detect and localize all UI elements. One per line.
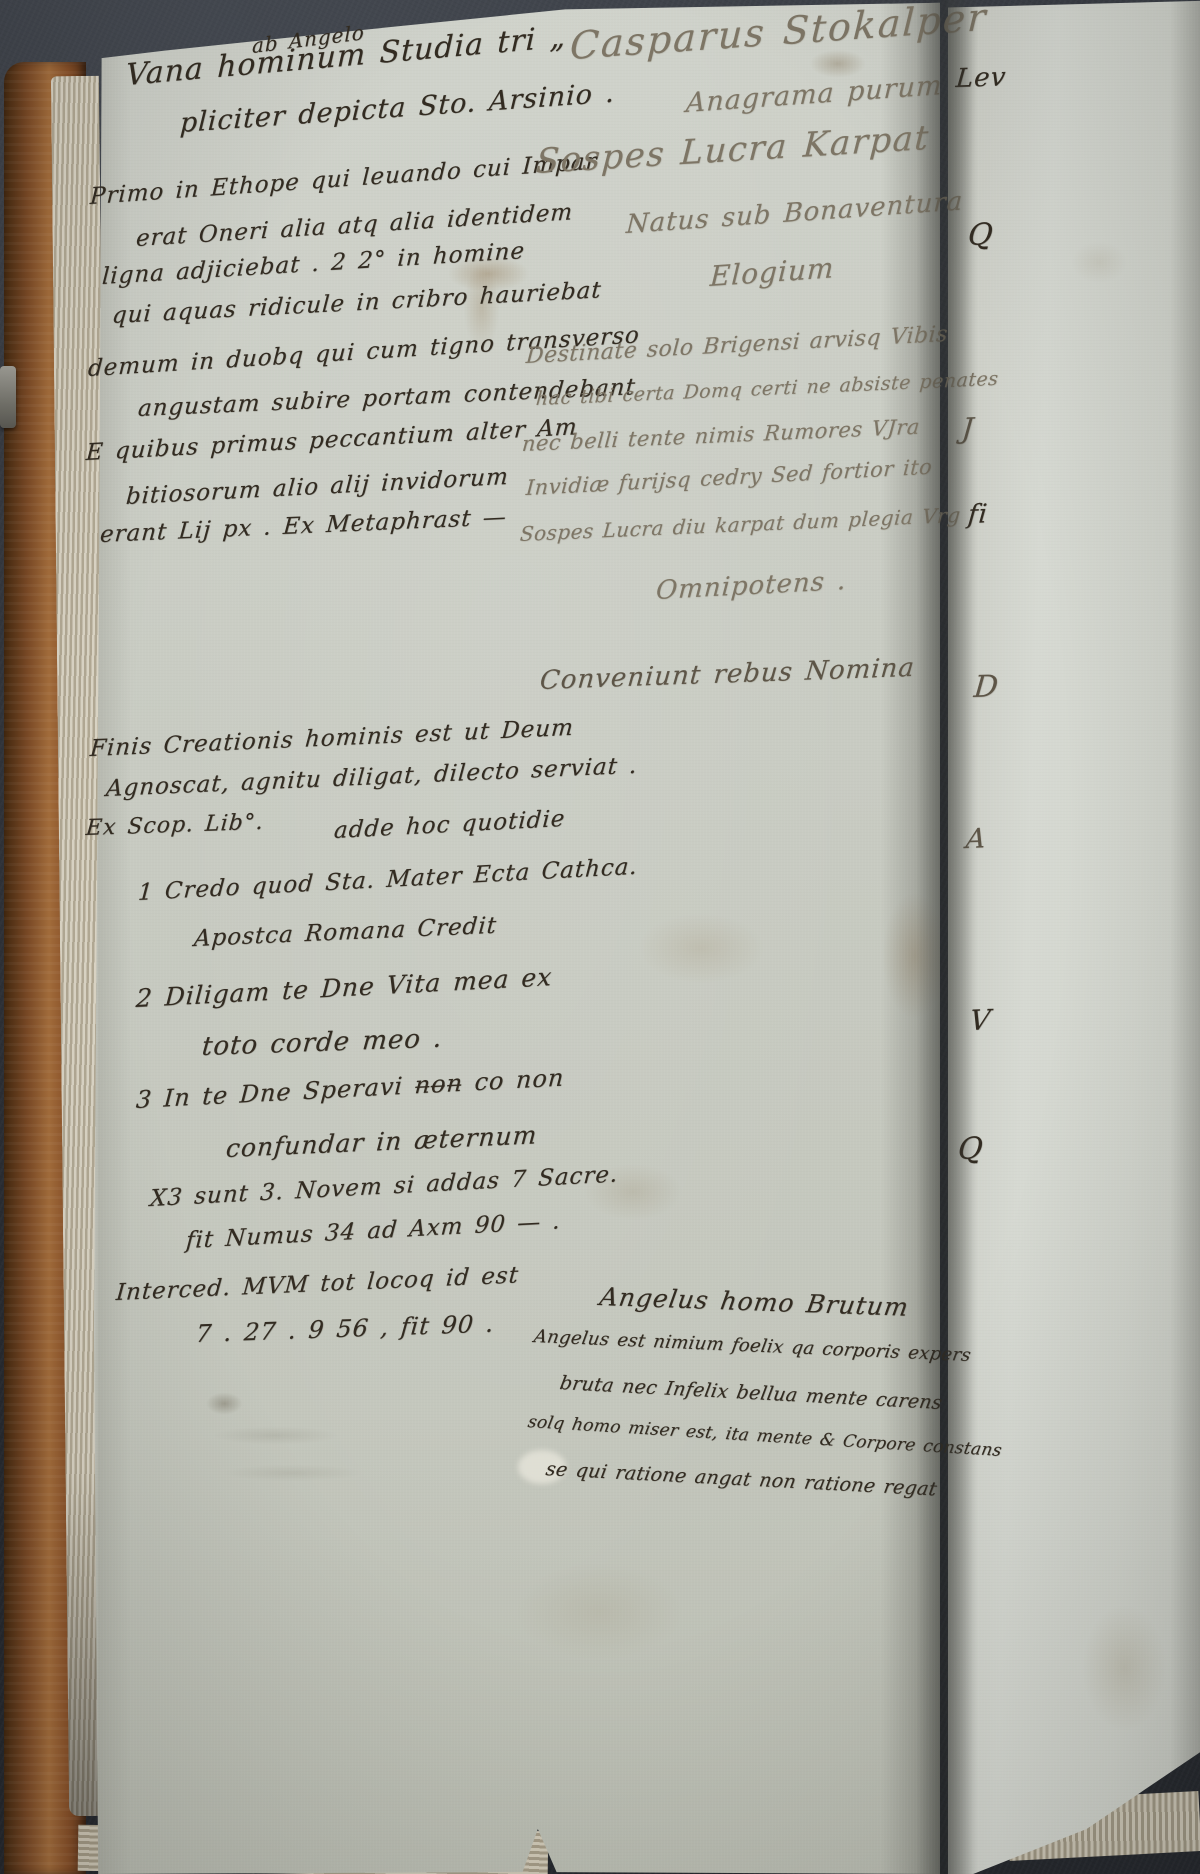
- manuscript-photo: { "left_column": { "annotation": "ab Ang…: [0, 0, 1200, 1874]
- next-page-fragment: Q: [956, 1131, 985, 1167]
- right-manuscript-page: [948, 0, 1200, 1874]
- paper-grain: [948, 0, 1200, 1874]
- next-page-fragment: A: [965, 823, 988, 855]
- next-page-fragment: D: [972, 669, 1000, 705]
- next-page-fragment: V: [969, 1003, 993, 1037]
- next-page-fragment: fi: [967, 499, 990, 530]
- next-page-fragment: Q: [966, 217, 995, 253]
- book-clasp: [0, 366, 16, 428]
- next-page-fragment: Lev: [955, 62, 1008, 94]
